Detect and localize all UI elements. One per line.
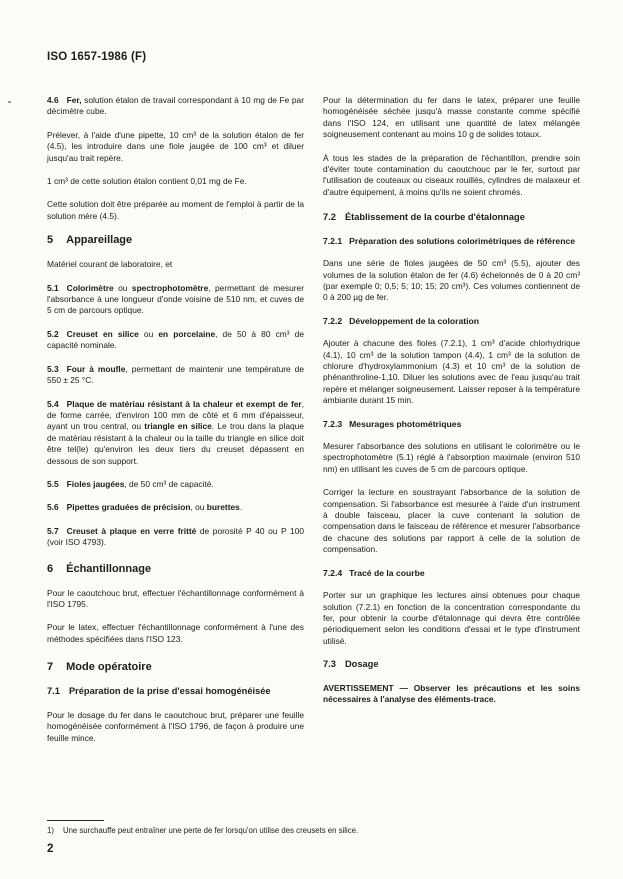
bold-text: spectrophotomètre	[132, 283, 208, 293]
bold-text: 5.7	[47, 526, 59, 536]
bold-text: Creuset à plaque en verre fritté	[67, 526, 197, 536]
paragraph: AVERTISSEMENT — Observer les précautions…	[323, 683, 580, 706]
paragraph: Cette solution doit être préparée au mom…	[47, 199, 304, 222]
paragraph: 5.5Fioles jaugées, de 50 cm³ de capacité…	[47, 479, 304, 490]
paragraph: 4.6Fer, solution étalon de travail corre…	[47, 95, 304, 118]
heading-5: 5Appareillage	[47, 234, 304, 246]
bold-text: 5.6	[47, 502, 59, 512]
clause-title: Mesurages photométriques	[349, 419, 461, 429]
clause-title: Appareillage	[66, 234, 132, 246]
clause-number: 7	[47, 661, 53, 673]
paragraph: Prélever, à l'aide d'une pipette, 10 cm³…	[47, 130, 304, 164]
clause-title: Établissement de la courbe d'étalonnage	[345, 212, 525, 222]
paragraph: 5.7Creuset à plaque en verre fritté de p…	[47, 526, 304, 549]
paragraph: Pour la détermination du fer dans le lat…	[323, 95, 580, 141]
clause-title: Préparation de la prise d'essai homogéné…	[69, 686, 271, 696]
document-page: ISO 1657-1986 (F) 4.6Fer, solution étalo…	[0, 0, 623, 879]
heading-7-2: 7.2Établissement de la courbe d'étalonna…	[323, 212, 580, 224]
body-text: Pour la détermination du fer dans le lat…	[323, 95, 580, 139]
body-text: À tous les stades de la préparation de l…	[323, 153, 580, 197]
footnote-text: Une surchauffe peut entraîner une perte …	[63, 826, 358, 835]
paragraph: Matériel courant de laboratoire, et	[47, 259, 304, 270]
clause-number: 7.2.2	[323, 316, 342, 327]
bold-text: 5.3	[47, 364, 59, 374]
body-text: solution étalon de travail correspondant…	[47, 95, 304, 116]
bold-text: Colorimètre	[67, 283, 114, 293]
bold-text: Creuset en silice	[67, 329, 139, 339]
body-text: Ajouter à chacune des fioles (7.2.1), 1 …	[323, 338, 580, 405]
clause-title: Tracé de la courbe	[349, 568, 424, 578]
bold-text: AVERTISSEMENT — Observer les précautions…	[323, 683, 580, 704]
scan-artifact-dot	[8, 101, 11, 103]
body-text: Pour le latex, effectuer l'échantillonna…	[47, 622, 304, 643]
paragraph: 5.3Four à moufle, permettant de mainteni…	[47, 364, 304, 387]
clause-title: Dosage	[345, 659, 379, 669]
body-text: Porter sur un graphique les lectures ain…	[323, 590, 580, 646]
paragraph: Pour le caoutchouc brut, effectuer l'éch…	[47, 588, 304, 611]
body-text: Dans une série de fioles jaugées de 50 c…	[323, 258, 580, 302]
bold-text: 5.2	[47, 329, 59, 339]
bold-text: 5.1	[47, 283, 59, 293]
paragraph: Ajouter à chacune des fioles (7.2.1), 1 …	[323, 338, 580, 406]
heading-6: 6Échantillonnage	[47, 563, 304, 575]
clause-number: 7.2.3	[323, 419, 342, 430]
bold-text: en porcelaine	[158, 329, 215, 339]
heading-7-2-2: 7.2.2Développement de la coloration	[323, 316, 580, 327]
heading-7-2-1: 7.2.1Préparation des solutions colorimét…	[323, 236, 580, 247]
body-text: , ou	[190, 502, 206, 512]
body-text: , de 50 cm³ de capacité.	[124, 479, 213, 489]
heading-7-2-4: 7.2.4Tracé de la courbe	[323, 568, 580, 579]
body-text: Corriger la lecture en soustrayant l'abs…	[323, 487, 580, 554]
footnote: 1)Une surchauffe peut entraîner une pert…	[47, 826, 572, 836]
clause-title: Préparation des solutions colorimétrique…	[349, 236, 575, 246]
body-text: Pour le caoutchouc brut, effectuer l'éch…	[47, 588, 304, 609]
paragraph: 1 cm³ de cette solution étalon contient …	[47, 176, 304, 187]
right-column: Pour la détermination du fer dans le lat…	[323, 95, 580, 756]
body-text: Matériel courant de laboratoire, et	[47, 259, 172, 269]
body-text: .	[240, 502, 242, 512]
bold-text: Pipettes graduées de précision	[67, 502, 191, 512]
bold-text: Fioles jaugées	[67, 479, 125, 489]
left-column: 4.6Fer, solution étalon de travail corre…	[47, 95, 304, 756]
body-text: Mesurer l'absorbance des solutions en ut…	[323, 441, 580, 474]
bold-text: 5.4	[47, 399, 59, 409]
paragraph: 5.4Plaque de matériau résistant à la cha…	[47, 399, 304, 467]
bold-text: burettes	[207, 502, 240, 512]
body-text: 1 cm³ de cette solution étalon contient …	[47, 176, 247, 186]
clause-number: 7.3	[323, 659, 336, 671]
document-reference: ISO 1657-1986 (F)	[47, 51, 146, 63]
paragraph: Pour le dosage du fer dans le caoutchouc…	[47, 710, 304, 744]
paragraph: Porter sur un graphique les lectures ain…	[323, 590, 580, 647]
paragraph: 5.1Colorimètre ou spectrophotomètre, per…	[47, 283, 304, 317]
paragraph: Corriger la lecture en soustrayant l'abs…	[323, 487, 580, 555]
body-text: Cette solution doit être préparée au mom…	[47, 199, 304, 220]
page-number: 2	[47, 843, 53, 855]
body-text: ou	[114, 283, 132, 293]
clause-title: Échantillonnage	[66, 563, 151, 575]
two-column-body: 4.6Fer, solution étalon de travail corre…	[47, 95, 580, 756]
body-text: Pour le dosage du fer dans le caoutchouc…	[47, 710, 304, 743]
bold-text: Fer,	[67, 95, 82, 105]
footnote-separator	[47, 820, 104, 821]
paragraph: Pour le latex, effectuer l'échantillonna…	[47, 622, 304, 645]
body-text: ou	[139, 329, 159, 339]
heading-7-2-3: 7.2.3Mesurages photométriques	[323, 419, 580, 430]
body-text: Prélever, à l'aide d'une pipette, 10 cm³…	[47, 130, 304, 163]
clause-title: Développement de la coloration	[349, 316, 479, 326]
heading-7: 7Mode opératoire	[47, 661, 304, 673]
paragraph: 5.6Pipettes graduées de précision, ou bu…	[47, 502, 304, 513]
heading-7-1: 7.1Préparation de la prise d'essai homog…	[47, 686, 304, 698]
paragraph: À tous les stades de la préparation de l…	[323, 153, 580, 199]
paragraph: Dans une série de fioles jaugées de 50 c…	[323, 258, 580, 304]
bold-text: Four à moufle	[67, 364, 126, 374]
heading-7-3: 7.3Dosage	[323, 659, 580, 671]
paragraph: 5.2Creuset en silice ou en porcelaine, d…	[47, 329, 304, 352]
clause-number: 7.2.4	[323, 568, 342, 579]
clause-number: 6	[47, 563, 53, 575]
clause-number: 7.2	[323, 212, 336, 224]
footnote-marker: 1)	[47, 826, 54, 835]
bold-text: triangle en silice	[144, 421, 212, 431]
clause-title: Mode opératoire	[66, 661, 152, 673]
bold-text: 5.5	[47, 479, 59, 489]
clause-number: 7.1	[47, 686, 60, 698]
bold-text: Plaque de matériau résistant à la chaleu…	[67, 399, 302, 409]
clause-number: 5	[47, 234, 53, 246]
bold-text: 4.6	[47, 95, 59, 105]
clause-number: 7.2.1	[323, 236, 342, 247]
paragraph: Mesurer l'absorbance des solutions en ut…	[323, 441, 580, 475]
